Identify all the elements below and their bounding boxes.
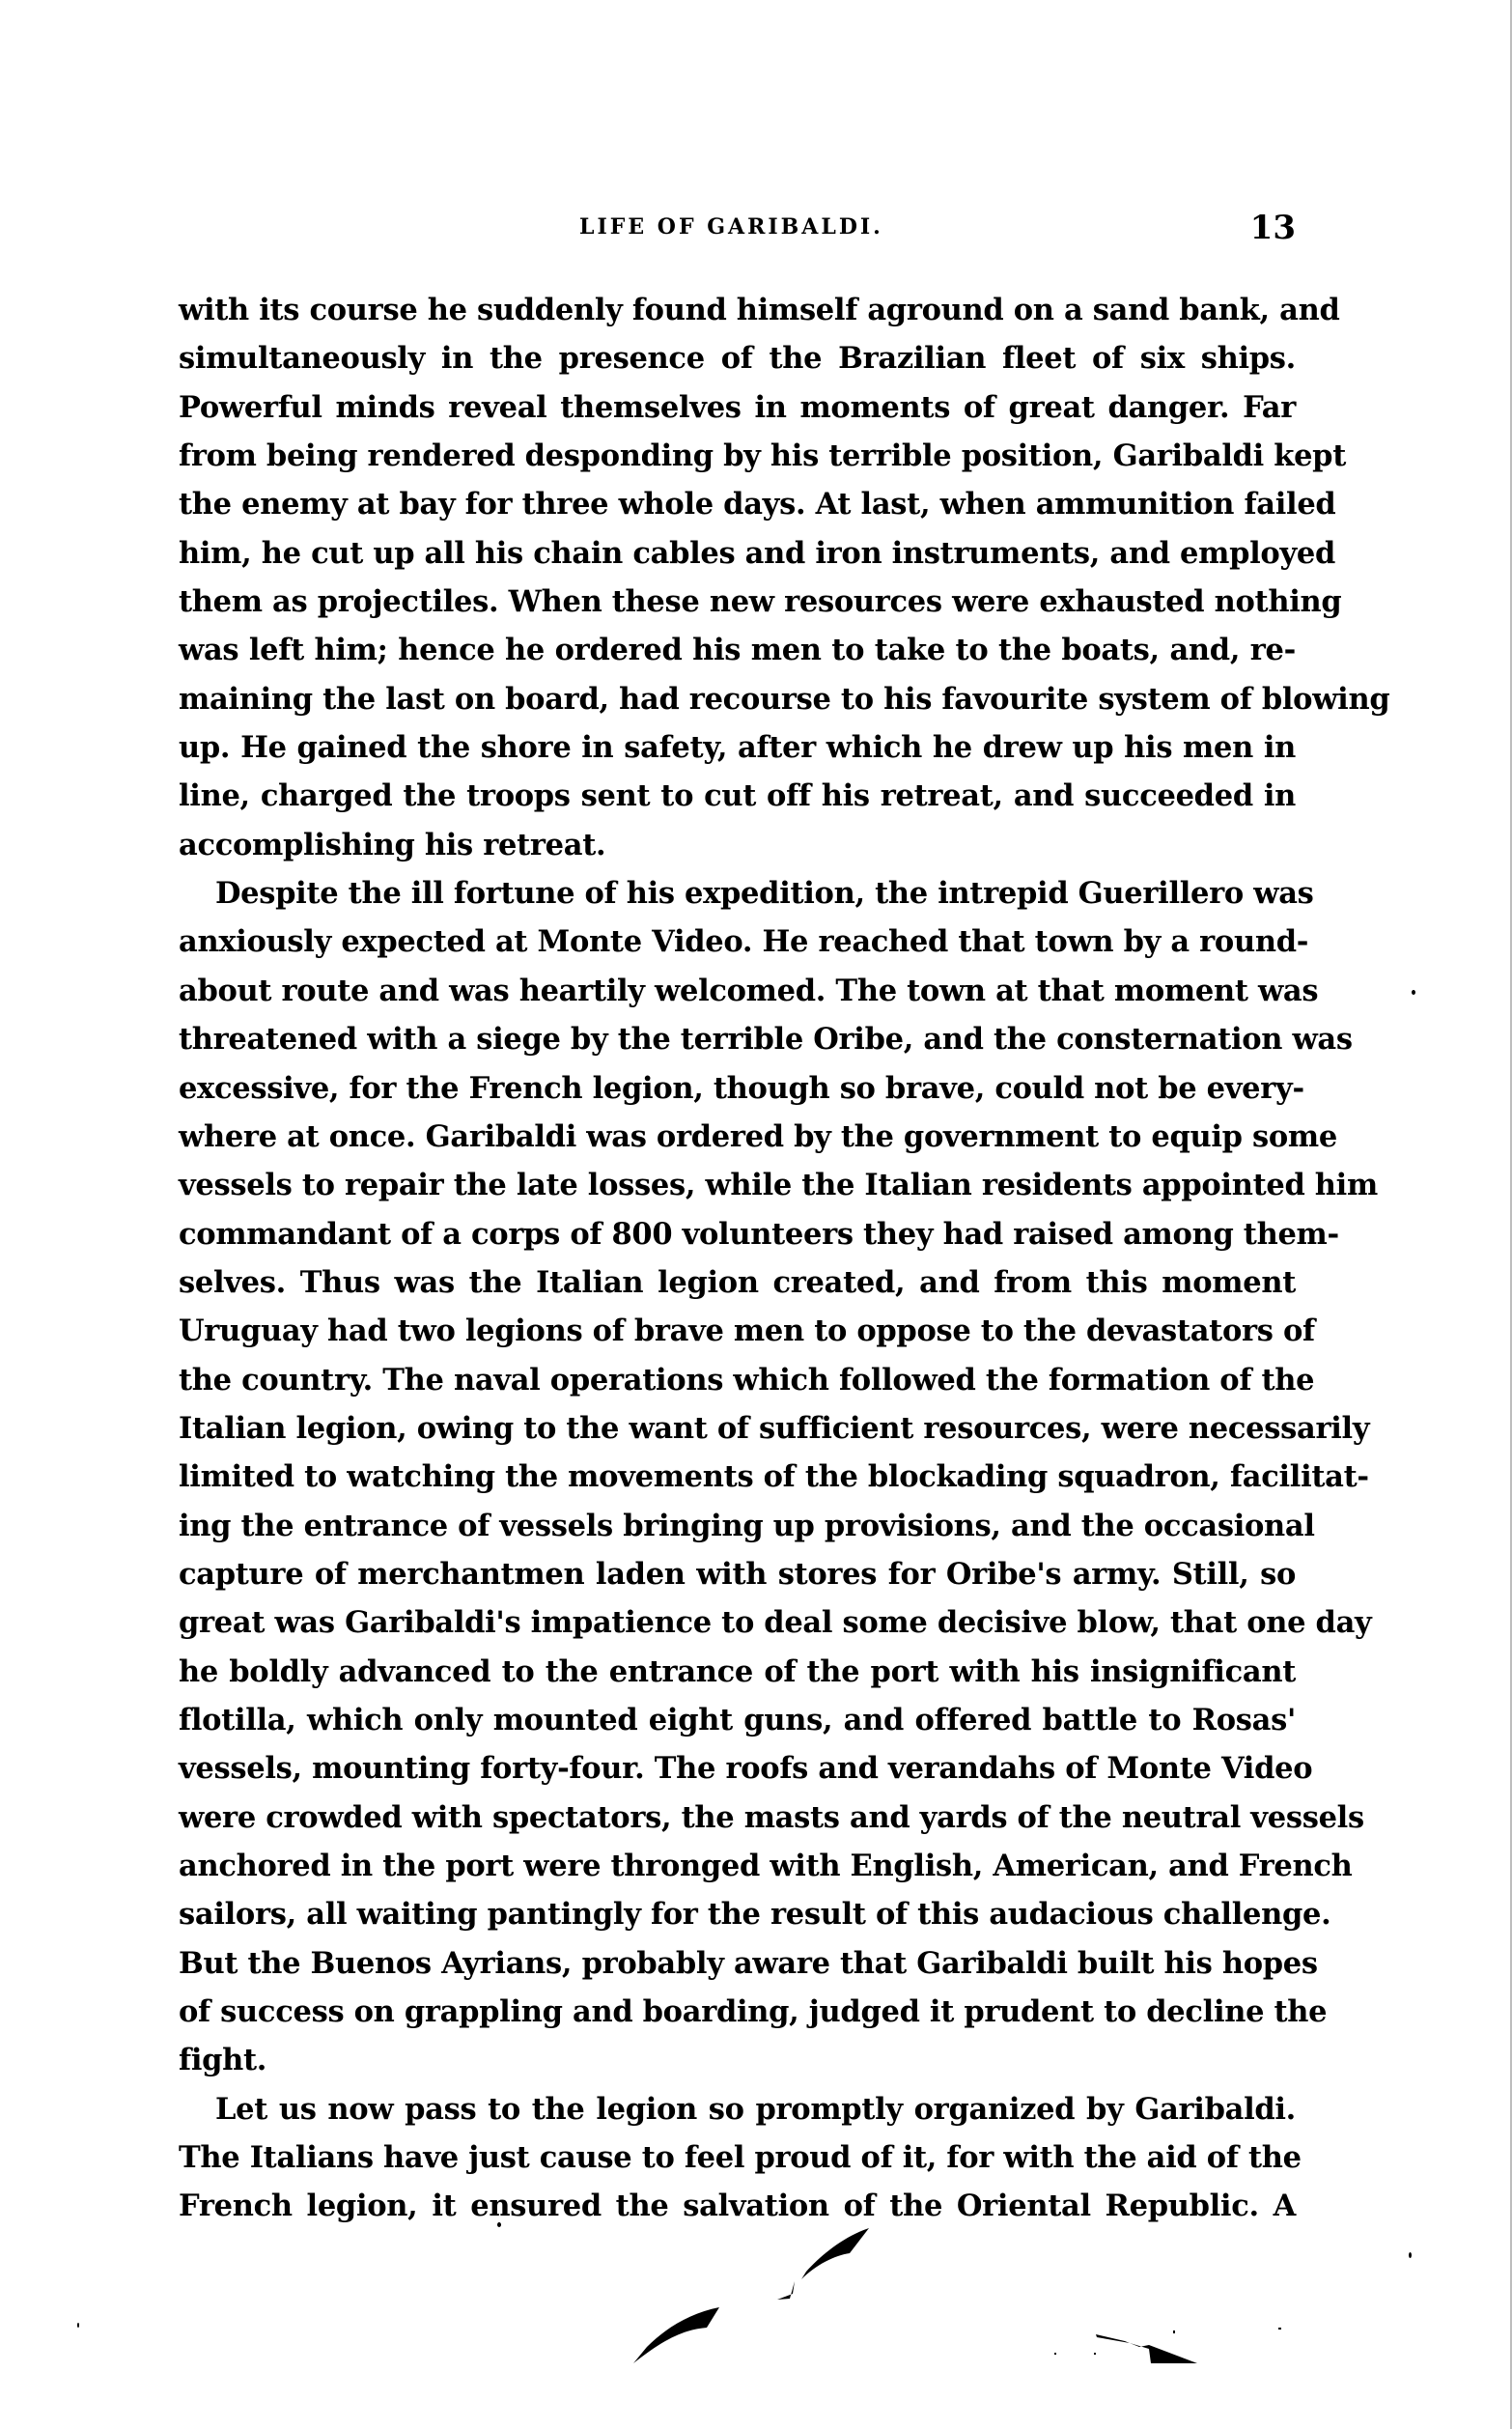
text-line: selves. Thus was the Italian legion crea…: [179, 1258, 1296, 1307]
text-line: vessels, mounting forty-four. The roofs …: [179, 1744, 1296, 1793]
running-title: LIFE OF GARIBALDI.: [579, 214, 883, 240]
text-line: ing the entrance of vessels bringing up …: [179, 1502, 1296, 1550]
text-line: from being rendered desponding by his te…: [179, 432, 1296, 480]
text-line: maining the last on board, had recourse …: [179, 675, 1296, 723]
text-line: he boldly advanced to the entrance of th…: [179, 1648, 1296, 1696]
paragraph-3: Let us now pass to the legion so promptl…: [179, 2085, 1296, 2231]
scan-blemish-marks: [0, 2212, 1512, 2386]
text-line: were crowded with spectators, the masts …: [179, 1794, 1296, 1842]
text-line: the country. The naval operations which …: [179, 1356, 1296, 1404]
text-line: The Italians have just cause to feel pro…: [179, 2133, 1296, 2182]
text-line: where at once. Garibaldi was ordered by …: [179, 1113, 1296, 1161]
text-line: Italian legion, owing to the want of suf…: [179, 1404, 1296, 1453]
text-line: simultaneously in the presence of the Br…: [179, 334, 1296, 382]
text-line: great was Garibaldi's impatience to deal…: [179, 1598, 1296, 1647]
text-line: about route and was heartily welcomed. T…: [179, 967, 1296, 1015]
text-line: commandant of a corps of 800 volunteers …: [179, 1210, 1296, 1258]
text-line: limited to watching the movements of the…: [179, 1453, 1296, 1501]
text-line: accomplishing his retreat.: [179, 821, 1296, 869]
text-line: But the Buenos Ayrians, probably aware t…: [179, 1939, 1296, 1988]
paragraph-1: with its course he suddenly found himsel…: [179, 286, 1296, 869]
text-line: sailors, all waiting pantingly for the r…: [179, 1890, 1296, 1938]
text-line: of success on grappling and boarding, ju…: [179, 1988, 1296, 2036]
text-line: flotilla, which only mounted eight guns,…: [179, 1696, 1296, 1744]
text-line: up. He gained the shore in safety, after…: [179, 723, 1296, 772]
page-number: 13: [1250, 209, 1296, 247]
scan-speck: [1412, 990, 1415, 995]
text-line: anchored in the port were thronged with …: [179, 1842, 1296, 1890]
text-line: anxiously expected at Monte Video. He re…: [179, 918, 1296, 966]
text-line: him, he cut up all his chain cables and …: [179, 529, 1296, 578]
text-line: with its course he suddenly found himsel…: [179, 286, 1296, 334]
text-line: the enemy at bay for three whole days. A…: [179, 480, 1296, 528]
book-page: LIFE OF GARIBALDI. 13 with its course he…: [0, 0, 1512, 2429]
text-line: Despite the ill fortune of his expeditio…: [179, 869, 1296, 918]
body-text: with its course he suddenly found himsel…: [179, 286, 1296, 2231]
text-line: vessels to repair the late losses, while…: [179, 1161, 1296, 1209]
text-line: threatened with a siege by the terrible …: [179, 1015, 1296, 1063]
text-line: Uruguay had two legions of brave men to …: [179, 1307, 1296, 1355]
text-line: Powerful minds reveal themselves in mome…: [179, 383, 1296, 432]
text-line: line, charged the troops sent to cut off…: [179, 772, 1296, 820]
text-line: capture of merchantmen laden with stores…: [179, 1550, 1296, 1598]
text-line: them as projectiles. When these new reso…: [179, 578, 1296, 626]
paragraph-2: Despite the ill fortune of his expeditio…: [179, 869, 1296, 2085]
running-header: LIFE OF GARIBALDI. 13: [179, 209, 1296, 247]
text-line: fight.: [179, 2036, 1296, 2084]
text-line: was left him; hence he ordered his men t…: [179, 626, 1296, 674]
text-line: Let us now pass to the legion so promptl…: [179, 2085, 1296, 2133]
text-line: excessive, for the French legion, though…: [179, 1064, 1296, 1113]
